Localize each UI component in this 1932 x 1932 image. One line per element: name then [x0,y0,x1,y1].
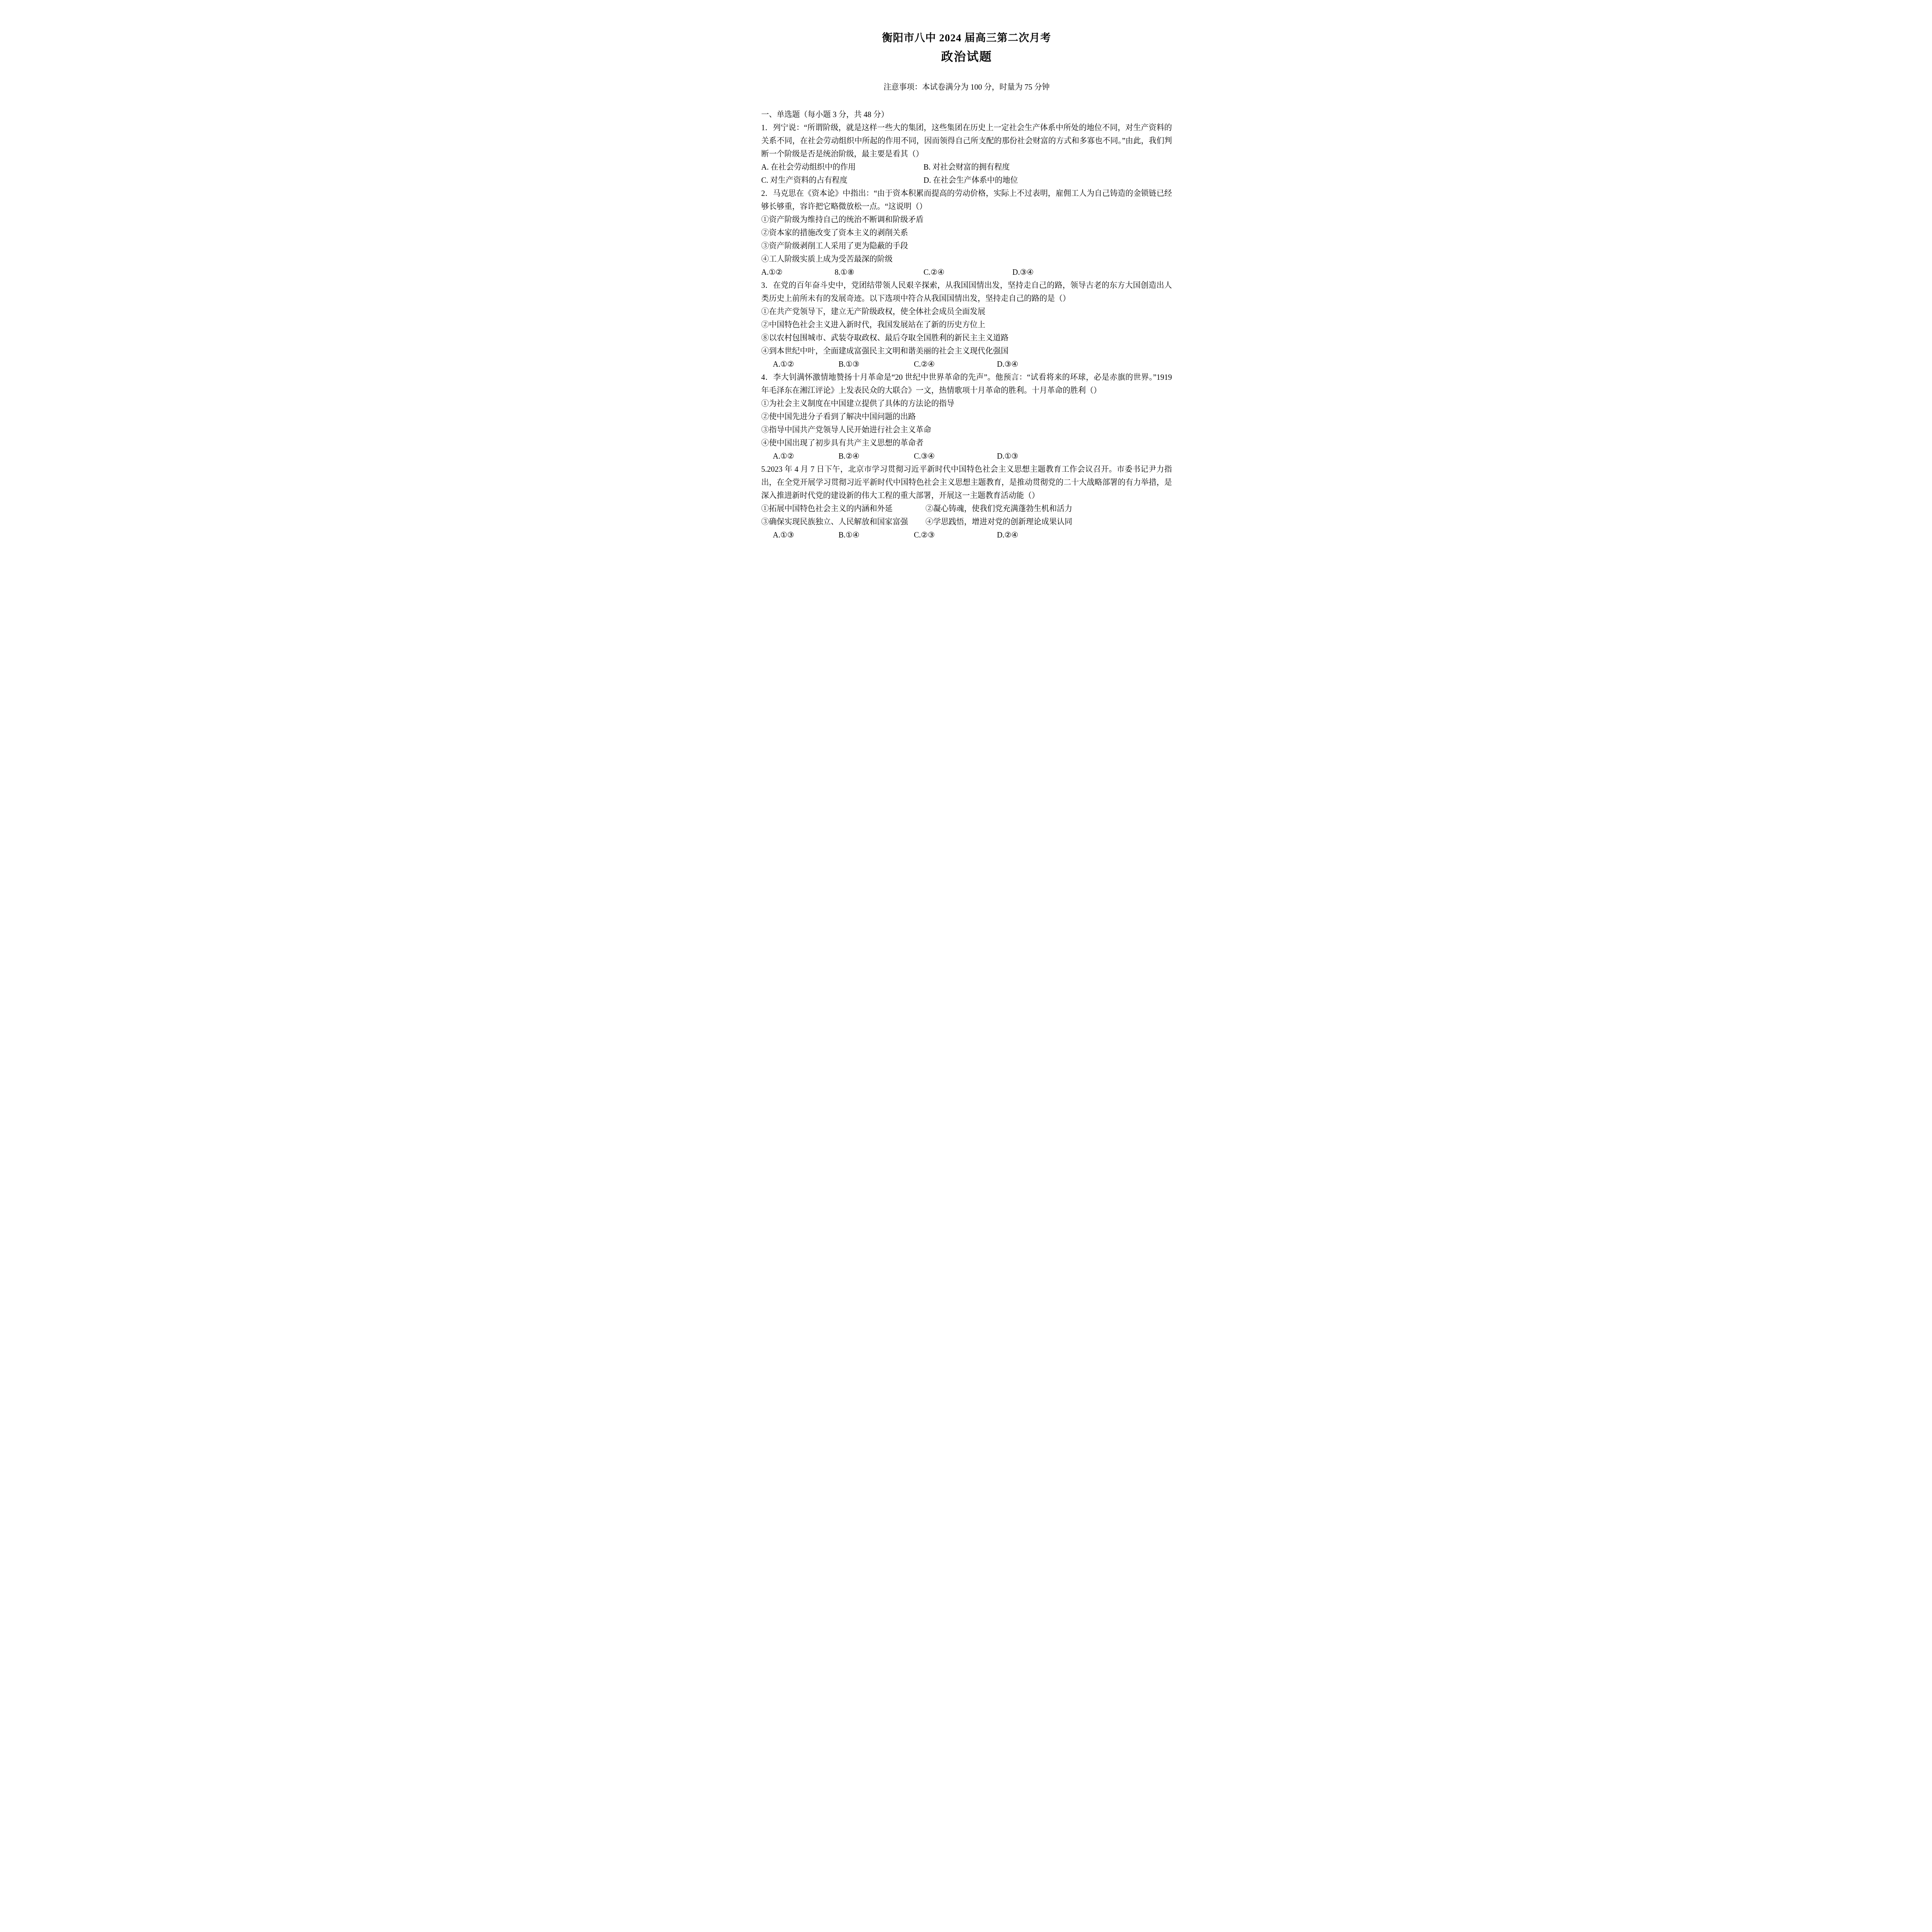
exam-paper: 衡阳市八中 2024 届高三第二次月考 政治试题 注意事项：本试卷满分为 100… [736,0,1196,599]
option-item-2: ②资本家的措施改变了资本主义的剥削关系 [761,226,1172,240]
answer-choice-c: C.②③ [914,529,997,542]
answer-choice-a: A.①② [761,266,835,279]
option-item-1: ①资产阶级为维持自己的统治不断调和阶级矛盾 [761,213,1172,226]
question-stem: 5.2023 年 4 月 7 日下午，北京市学习贯彻习近平新时代中国特色社会主义… [761,463,1172,502]
answer-choice-a: A. 在社会劳动组织中的作用 [761,161,923,174]
answer-choice-d: D.③④ [1012,266,1034,279]
option-item-1: ①在共产党领导下，建立无产阶级政权，使全体社会成员全面发展 [761,305,1172,318]
option-item-row: ①拓展中国特色社会主义的内涵和外延 ②凝心铸魂，使我们党充满蓬勃生机和活力 [761,502,1172,515]
option-item-2: ②中国特色社会主义进入新时代，我国发展站在了新的历史方位上 [761,318,1172,332]
option-item-3: ③资产阶级剥削工人采用了更为隐蔽的手段 [761,240,1172,253]
answer-choice-d: D.③④ [997,358,1018,371]
answer-choice-b: B.②④ [838,450,914,463]
answer-choice-c: C.③④ [914,450,997,463]
answer-choice-b: 8.①⑧ [835,266,923,279]
option-item-4: ④工人阶级实质上成为受苦最深的阶级 [761,253,1172,266]
answer-choice-a: A.①② [773,358,838,371]
option-item-4: ④使中国出现了初步具有共产主义思想的革命者 [761,437,1172,450]
answer-choice-d: D.①③ [997,450,1018,463]
option-item-4: ④到本世纪中叶，全面建成富强民主文明和谐美丽的社会主义现代化强国 [761,345,1172,358]
question-1: 1．列宁说：“所谓阶级，就是这样一些大的集团，这些集团在历史上一定社会生产体系中… [761,121,1172,187]
option-item-2: ②使中国先进分子看到了解决中国问题的出路 [761,410,1172,423]
answer-choice-b: B.①④ [838,529,914,542]
option-item-1: ①拓展中国特色社会主义的内涵和外延 [761,502,925,515]
answer-choice-c: C.②④ [923,266,1012,279]
option-item-3: ⑧以农村包围城市、武装夺取政权、最后夺取全国胜利的新民主主义道路 [761,332,1172,345]
question-stem: 4．李大钊满怀激情地赞扬十月革命是“20 世纪中世界革命的先声”。他预言：“试看… [761,371,1172,397]
question-stem: 1．列宁说：“所谓阶级，就是这样一些大的集团，这些集团在历史上一定社会生产体系中… [761,121,1172,161]
answer-choice-b: B.①③ [838,358,914,371]
question-2: 2．马克思在《资本论》中指出：“由于资本积累而提高的劳动价格，实际上不过表明，雇… [761,187,1172,279]
question-stem: 3．在党的百年奋斗史中，党团结带领人民艰辛探索，从我国国情出发，坚持走自己的路，… [761,279,1172,305]
page-subtitle: 政治试题 [761,49,1172,64]
question-3: 3．在党的百年奋斗史中，党团结带领人民艰辛探索，从我国国情出发，坚持走自己的路，… [761,279,1172,371]
answer-choice-d: D.②④ [997,529,1018,542]
option-item-4: ④学思践悟，增进对党的创新理论成果认同 [925,515,1072,529]
option-item-2: ②凝心铸魂，使我们党充满蓬勃生机和活力 [925,502,1072,515]
option-item-row: ③确保实现民族独立、人民解放和国家富强 ④学思践悟，增进对党的创新理论成果认同 [761,515,1172,529]
option-item-3: ③确保实现民族独立、人民解放和国家富强 [761,515,925,529]
question-stem: 2．马克思在《资本论》中指出：“由于资本积累而提高的劳动价格，实际上不过表明，雇… [761,187,1172,213]
options-row: C. 对生产资料的占有程度 D. 在社会生产体系中的地位 [761,174,1172,187]
answer-choice-d: D. 在社会生产体系中的地位 [923,174,1018,187]
page-title: 衡阳市八中 2024 届高三第二次月考 [761,32,1172,44]
options-row: A.①② B.①③ C.②④ D.③④ [761,358,1172,371]
question-5: 5.2023 年 4 月 7 日下午，北京市学习贯彻习近平新时代中国特色社会主义… [761,463,1172,542]
option-item-1: ①为社会主义制度在中国建立提供了具体的方法论的指导 [761,397,1172,410]
options-row: A.①② 8.①⑧ C.②④ D.③④ [761,266,1172,279]
section-header: 一、单选题（每小题 3 分，共 48 分） [761,108,1172,121]
option-item-3: ③指导中国共产党领导人民开始进行社会主义革命 [761,423,1172,437]
options-row: A.①③ B.①④ C.②③ D.②④ [761,529,1172,542]
answer-choice-b: B. 对社会财富的拥有程度 [923,161,1010,174]
answer-choice-c: C. 对生产资料的占有程度 [761,174,923,187]
answer-choice-a: A.①③ [773,529,838,542]
answer-choice-c: C.②④ [914,358,997,371]
notice-line: 注意事项：本试卷满分为 100 分，时量为 75 分钟 [761,82,1172,93]
answer-choice-a: A.①② [773,450,838,463]
options-row: A.①② B.②④ C.③④ D.①③ [761,450,1172,463]
question-4: 4．李大钊满怀激情地赞扬十月革命是“20 世纪中世界革命的先声”。他预言：“试看… [761,371,1172,463]
options-row: A. 在社会劳动组织中的作用 B. 对社会财富的拥有程度 [761,161,1172,174]
